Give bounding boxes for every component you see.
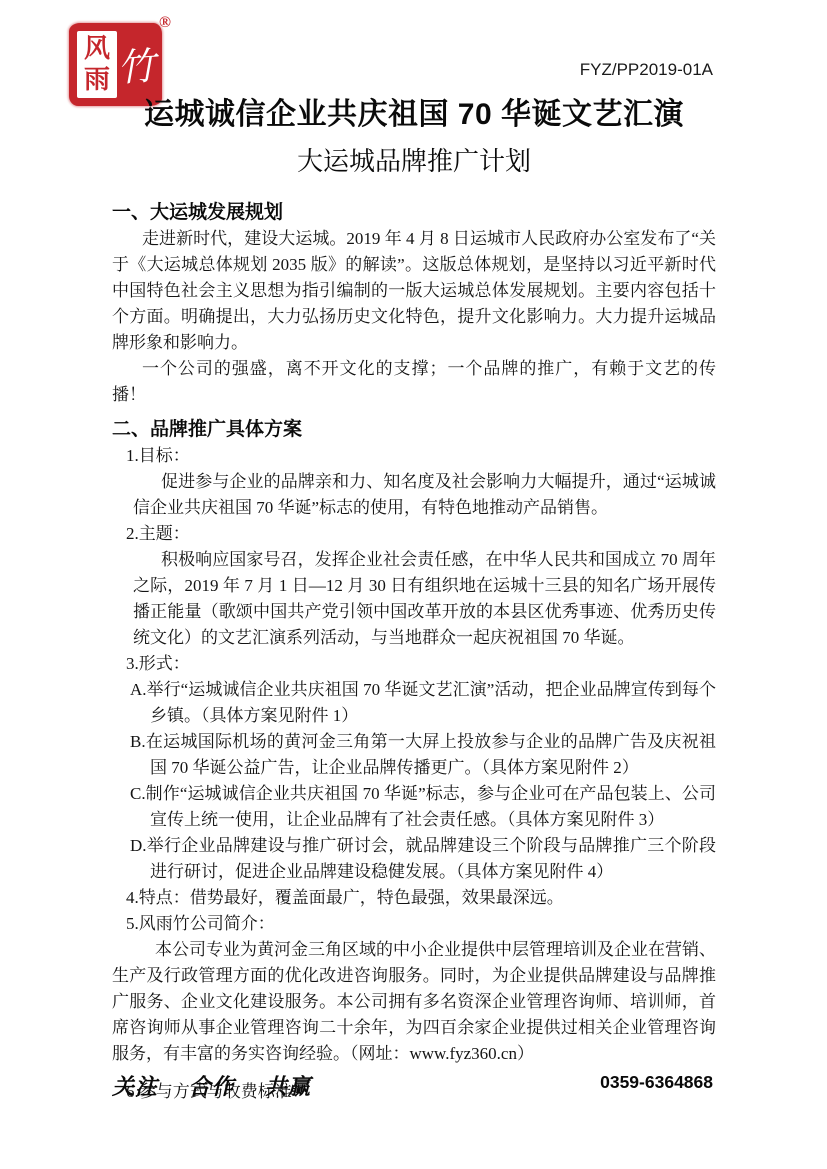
seal-char-yu: 雨 bbox=[84, 67, 110, 93]
item3-option-a: A.举行“运城诚信企业共庆祖国 70 华诞文艺汇演”活动，把企业品牌宣传到每个乡… bbox=[112, 677, 716, 729]
item3-option-d: D.举行企业品牌建设与推广研讨会，就品牌建设三个阶段与品牌推广三个阶段进行研讨，… bbox=[112, 833, 716, 885]
document-subtitle: 大运城品牌推广计划 bbox=[112, 143, 716, 179]
item2-paragraph: 积极响应国家号召，发挥企业社会责任感，在中华人民共和国成立 70 周年之际，20… bbox=[112, 547, 716, 651]
document-title: 运城诚信企业共庆祖国 70 华诞文艺汇演 bbox=[112, 94, 716, 135]
item1-paragraph: 促进参与企业的品牌亲和力、知名度及社会影响力大幅提升，通过“运城诚信企业共庆祖国… bbox=[112, 469, 716, 521]
footer-slogan: 关注 合作 共赢 bbox=[112, 1070, 335, 1101]
footer-phone-number: 0359-6364868 bbox=[600, 1072, 713, 1093]
document-body: 运城诚信企业共庆祖国 70 华诞文艺汇演 大运城品牌推广计划 一、大运城发展规划… bbox=[112, 0, 716, 1105]
item5-company-intro: 本公司专业为黄河金三角区域的中小企业提供中层管理培训及企业在营销、生产及行政管理… bbox=[112, 937, 716, 1067]
section1-paragraph-2: 一个公司的强盛，离不开文化的支撑；一个品牌的推广，有赖于文艺的传播！ bbox=[112, 356, 716, 408]
section1-heading: 一、大运城发展规划 bbox=[112, 199, 716, 226]
slogan-word-hezuo: 合作 bbox=[189, 1074, 235, 1099]
slogan-word-guanzhu: 关注 bbox=[112, 1074, 158, 1099]
item2-label: 2.主题： bbox=[112, 521, 716, 547]
seal-left-panel: 风 雨 bbox=[77, 31, 117, 98]
seal-char-feng: 风 bbox=[84, 36, 110, 62]
section2-heading: 二、品牌推广具体方案 bbox=[112, 416, 716, 443]
item3-option-c: C.制作“运城诚信企业共庆祖国 70 华诞”标志，参与企业可在产品包装上、公司宣… bbox=[112, 781, 716, 833]
document-page: 风 雨 竹 ® FYZ/PP2019-01A 运城诚信企业共庆祖国 70 华诞文… bbox=[0, 0, 827, 1169]
item1-label: 1.目标： bbox=[112, 443, 716, 469]
item4-line: 4.特点：借势最好，覆盖面最广，特色最强，效果最深远。 bbox=[112, 885, 716, 911]
section1-paragraph-1: 走进新时代，建设大运城。2019 年 4 月 8 日运城市人民政府办公室发布了“… bbox=[112, 226, 716, 356]
item5-label: 5.风雨竹公司简介： bbox=[112, 911, 716, 937]
item3-option-b: B.在运城国际机场的黄河金三角第一大屏上投放参与企业的品牌广告及庆祝祖国 70 … bbox=[112, 729, 716, 781]
item3-label: 3.形式： bbox=[112, 651, 716, 677]
slogan-word-gongying: 共赢 bbox=[265, 1074, 311, 1099]
